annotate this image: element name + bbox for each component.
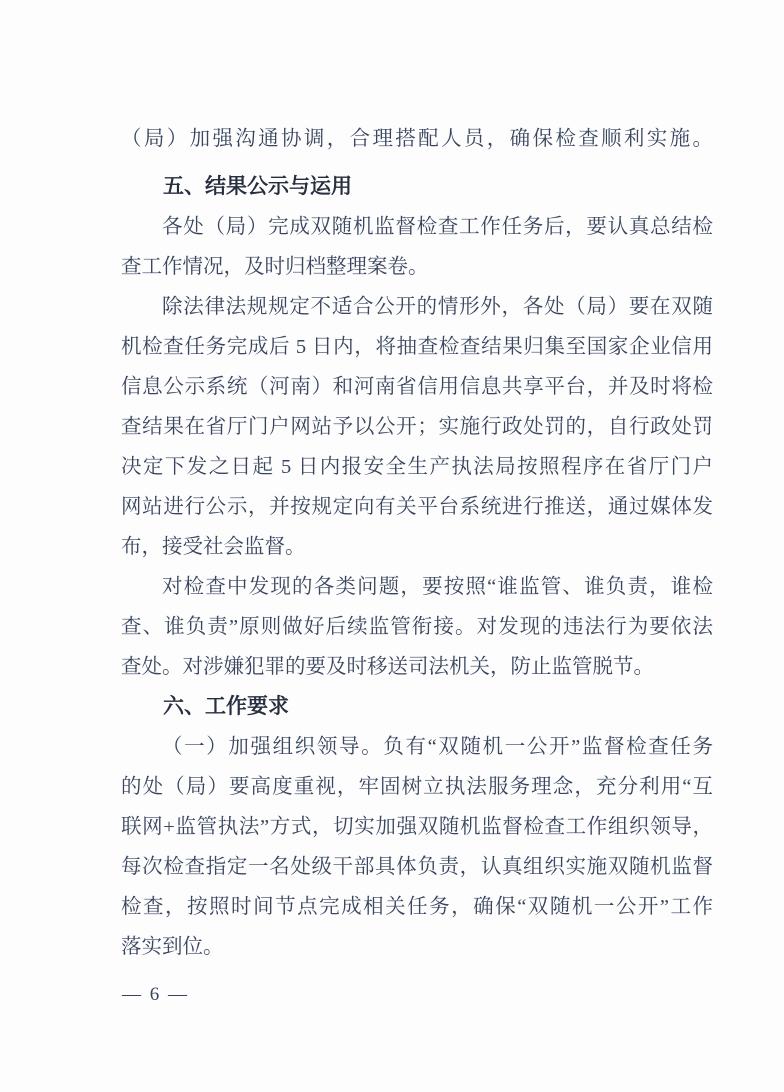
body-line: 查结果在省厅门户网站予以公开；实施行政处罚的，自行政处罚 <box>121 407 713 447</box>
body-line: 网站进行公示，并按规定向有关平台系统进行推送，通过媒体发 <box>121 487 713 527</box>
body-line: 决定下发之日起 5 日内报安全生产执法局按照程序在省厅门户 <box>121 447 713 487</box>
body-line: （局）加强沟通协调，合理搭配人员，确保检查顺利实施。 <box>121 119 713 159</box>
body-line: 联网+监管执法”方式，切实加强双随机监督检查工作组织领导， <box>121 807 713 847</box>
body-line: 检查，按照时间节点完成相关任务，确保“双随机一公开”工作 <box>121 887 713 927</box>
body-line: 查、谁负责”原则做好后续监管衔接。对发现的违法行为要依法 <box>121 607 713 647</box>
body-line: 落实到位。 <box>121 927 713 967</box>
body-line: 对检查中发现的各类问题，要按照“谁监管、谁负责，谁检 <box>121 567 713 607</box>
body-line: 查工作情况，及时归档整理案卷。 <box>121 247 713 287</box>
section-heading-5: 五、结果公示与运用 <box>121 167 713 207</box>
body-line: 除法律法规规定不适合公开的情形外，各处（局）要在双随 <box>121 287 713 327</box>
page-number: — 6 — <box>122 982 189 1008</box>
body-line: 信息公示系统（河南）和河南省信用信息共享平台，并及时将检 <box>121 367 713 407</box>
body-line: 机检查任务完成后 5 日内，将抽查检查结果归集至国家企业信用 <box>121 327 713 367</box>
text-block: （局）加强沟通协调，合理搭配人员，确保检查顺利实施。 五、结果公示与运用 各处（… <box>121 119 713 967</box>
body-line: 的处（局）要高度重视，牢固树立执法服务理念，充分利用“互 <box>121 767 713 807</box>
body-line: 布，接受社会监督。 <box>121 527 713 567</box>
section-heading-6: 六、工作要求 <box>121 687 713 727</box>
document-page: （局）加强沟通协调，合理搭配人员，确保检查顺利实施。 五、结果公示与运用 各处（… <box>0 0 784 1092</box>
body-line: 查处。对涉嫌犯罪的要及时移送司法机关，防止监管脱节。 <box>121 647 713 687</box>
body-line: （一）加强组织领导。负有“双随机一公开”监督检查任务 <box>121 727 713 767</box>
body-line: 每次检查指定一名处级干部具体负责，认真组织实施双随机监督 <box>121 847 713 887</box>
body-line: 各处（局）完成双随机监督检查工作任务后，要认真总结检 <box>121 207 713 247</box>
